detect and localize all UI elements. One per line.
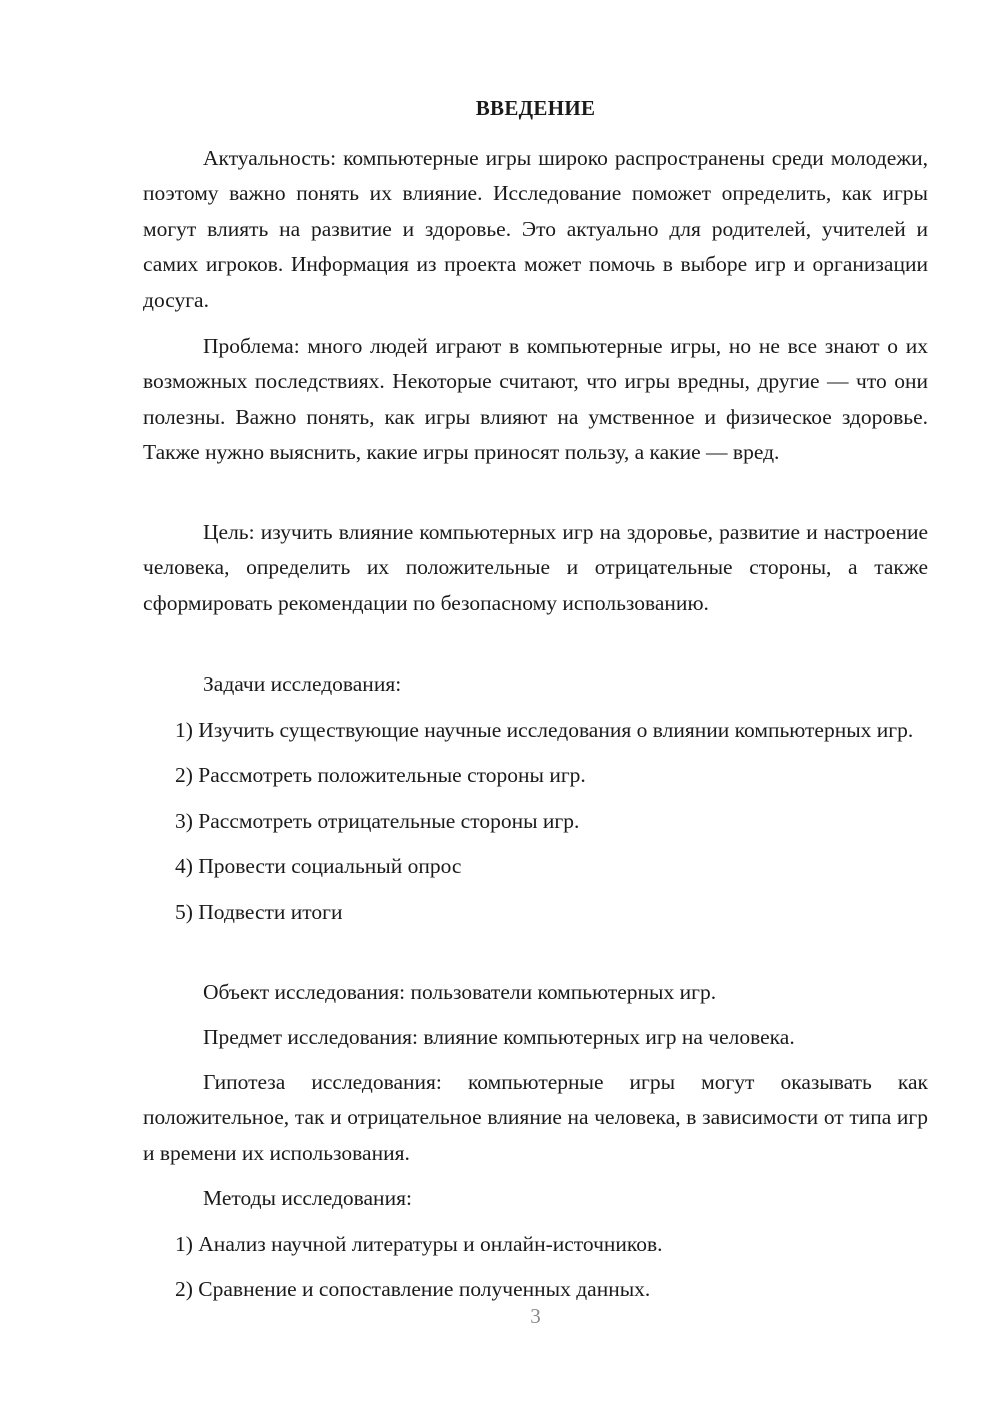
subject-paragraph: Предмет исследования: влияние компьютерн… [143, 1020, 928, 1055]
task-item-3: 3) Рассмотреть отрицательные стороны игр… [143, 804, 928, 839]
methods-section: Методы исследования: [143, 1181, 928, 1216]
hypothesis-block: Гипотеза исследования: компьютерные игры… [143, 1065, 928, 1171]
methods-heading: Методы исследования: [143, 1181, 928, 1216]
page-title: ВВЕДЕНИЕ [143, 96, 928, 121]
task-item-5: 5) Подвести итоги [143, 895, 928, 930]
relevance-block: Актуальность: компьютерные игры широко р… [143, 141, 928, 318]
task-item-2: 2) Рассмотреть положительные стороны игр… [143, 758, 928, 793]
object-block: Объект исследования: пользователи компью… [143, 975, 928, 1010]
method-item-1: 1) Анализ научной литературы и онлайн-ис… [143, 1227, 928, 1262]
tasks-heading: Задачи исследования: [143, 667, 928, 702]
relevance-paragraph: Актуальность: компьютерные игры широко р… [143, 141, 928, 318]
subject-block: Предмет исследования: влияние компьютерн… [143, 1020, 928, 1055]
task-item-1: 1) Изучить существующие научные исследов… [143, 713, 928, 748]
problem-paragraph: Проблема: много людей играют в компьютер… [143, 329, 928, 471]
object-paragraph: Объект исследования: пользователи компью… [143, 975, 928, 1010]
task-item-4: 4) Провести социальный опрос [143, 849, 928, 884]
goal-block: Цель: изучить влияние компьютерных игр н… [143, 515, 928, 621]
tasks-section: Задачи исследования: [143, 667, 928, 702]
tasks-list: 1) Изучить существующие научные исследов… [143, 713, 928, 930]
methods-list: 1) Анализ научной литературы и онлайн-ис… [143, 1227, 928, 1308]
hypothesis-paragraph: Гипотеза исследования: компьютерные игры… [143, 1065, 928, 1171]
problem-block: Проблема: много людей играют в компьютер… [143, 329, 928, 471]
method-item-2: 2) Сравнение и сопоставление полученных … [143, 1272, 928, 1307]
page-number: 3 [143, 1304, 928, 1329]
goal-paragraph: Цель: изучить влияние компьютерных игр н… [143, 515, 928, 621]
